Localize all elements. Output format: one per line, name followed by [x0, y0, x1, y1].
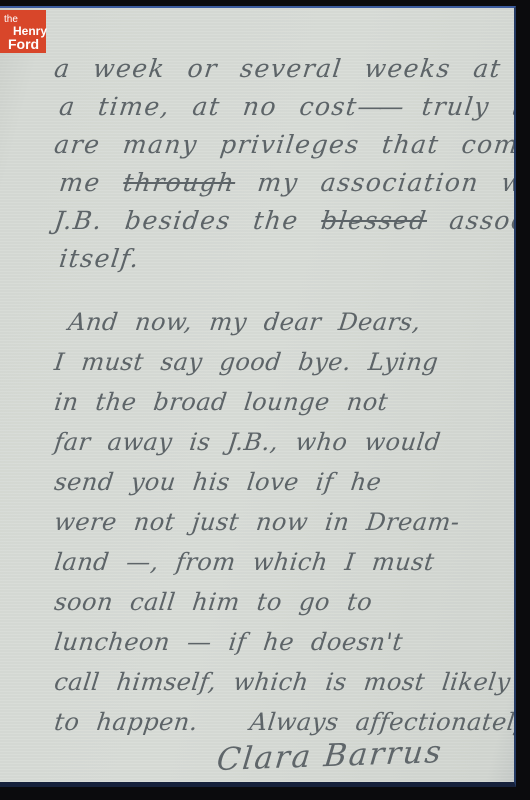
- letter-text-segment: far away is J.B., who would: [53, 428, 443, 456]
- letter-text-segment: to happen.: [53, 708, 200, 736]
- letter-line: are many privileges that come to: [52, 126, 516, 164]
- letter-text-segment: J.B. besides the: [53, 206, 323, 235]
- letter-text-segment: my association with: [233, 168, 516, 197]
- letter-text-segment: a time, at no cost: [58, 92, 360, 121]
- letter-text-segment: I must say good bye. Lying: [53, 348, 440, 376]
- letter-text-segment: ——: [356, 92, 402, 121]
- letter-line: me through my association with: [52, 164, 516, 202]
- letter-text-segment: in the broad lounge not: [53, 388, 390, 416]
- logo-ford-label: Ford: [8, 37, 39, 51]
- letter-line: I must say good bye. Lying: [52, 342, 516, 382]
- letter-text-segment: a week or several weeks at: [53, 54, 504, 83]
- letter-line: itself.: [52, 240, 516, 278]
- letter-text-segment: blessed: [320, 206, 429, 235]
- letter-line: land —, from which I must: [52, 542, 516, 582]
- letter-text-segment: send you his love if he: [53, 468, 383, 496]
- letter-line: soon call him to go to: [52, 582, 516, 622]
- letter-text-segment: itself.: [58, 244, 142, 273]
- letter-text-segment: Always affectionately yours,: [248, 708, 516, 736]
- letter-line: far away is J.B., who would: [52, 422, 516, 462]
- letter-page: a week or several weeks ata time, at no …: [0, 6, 516, 787]
- letter-text-segment: soon call him to go to: [53, 588, 374, 616]
- letter-line: a week or several weeks at: [52, 50, 516, 88]
- letter-text-segment: are many privileges that come to: [53, 130, 516, 159]
- letter-line: send you his love if he: [52, 462, 516, 502]
- letter-paragraph: a week or several weeks ata time, at no …: [52, 50, 514, 278]
- letter-text-segment: truly there: [398, 92, 516, 121]
- letter-text-segment: me: [58, 168, 126, 197]
- letter-line: luncheon — if he doesn't: [52, 622, 516, 662]
- letter-line: in the broad lounge not: [52, 382, 516, 422]
- letter-text-segment: through: [122, 168, 237, 197]
- henry-ford-logo: the Henry Ford: [0, 10, 46, 53]
- letter-text-segment: call himself, which is most likely: [53, 668, 513, 696]
- letter-text-segment: association: [425, 206, 516, 235]
- letter-line: were not just now in Dream-: [52, 502, 516, 542]
- letter-line: J.B. besides the blessed association: [52, 202, 516, 240]
- letter-line: And now, my dear Dears,: [52, 302, 516, 342]
- letter-paragraph: And now, my dear Dears,I must say good b…: [52, 302, 514, 742]
- letter-text-segment: land —, from which I must: [53, 548, 436, 576]
- letter-line: call himself, which is most likely: [52, 662, 516, 702]
- letter-line: a time, at no cost—— truly there: [52, 88, 516, 126]
- letter-body: a week or several weeks ata time, at no …: [0, 8, 514, 742]
- letter-text-segment: luncheon — if he doesn't: [53, 628, 405, 656]
- letter-text-segment: were not just now in Dream-: [53, 508, 462, 536]
- letter-text-segment: And now, my dear Dears,: [67, 308, 423, 336]
